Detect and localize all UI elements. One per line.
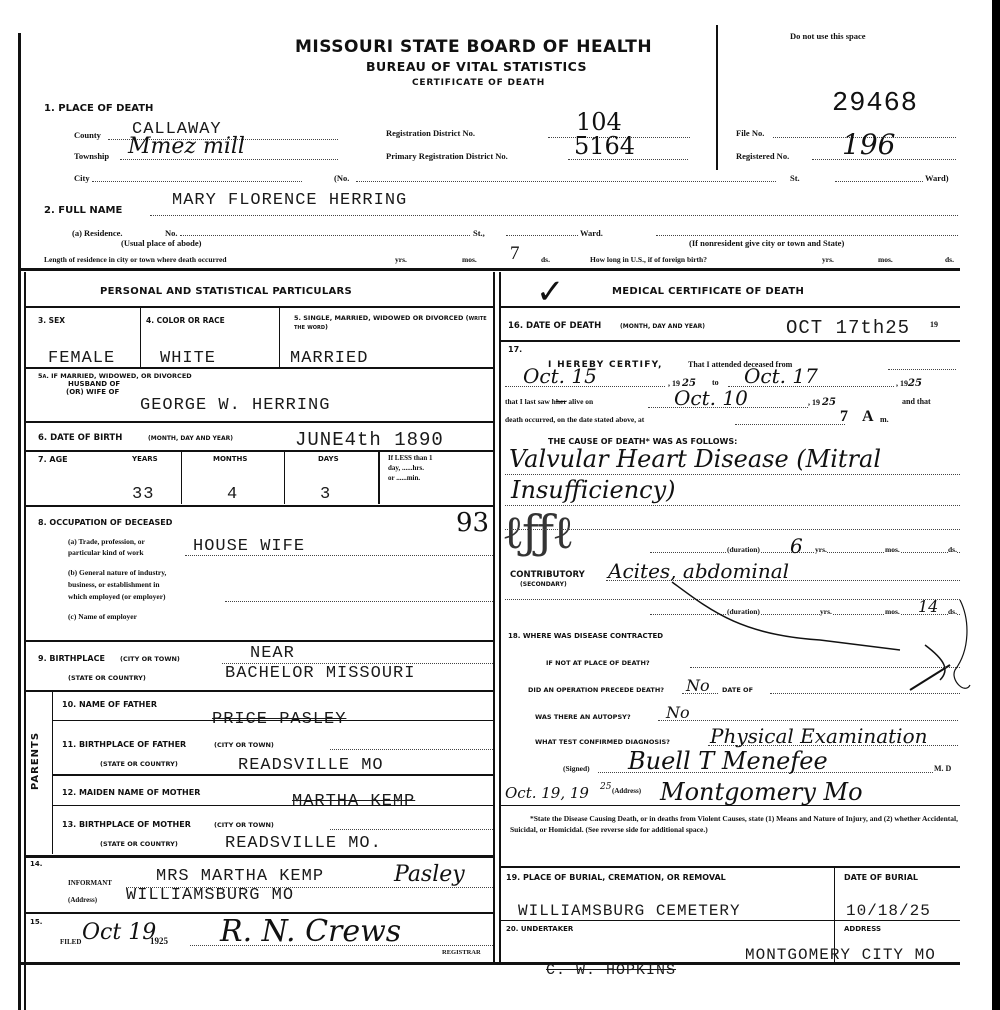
- burial-place-value[interactable]: WILLIAMSBURG CEMETERY: [518, 902, 741, 920]
- birthplace-state-value[interactable]: BACHELOR MISSOURI: [225, 664, 415, 683]
- age-months-value[interactable]: 4: [227, 485, 238, 504]
- burial-date-value[interactable]: 10/18/25: [846, 902, 931, 920]
- where-contracted-label: 18. WHERE WAS DISEASE CONTRACTED: [508, 632, 663, 640]
- race-label: 4. COLOR OR RACE: [146, 316, 225, 325]
- signed-label: (Signed): [563, 764, 590, 773]
- autopsy-field[interactable]: No: [658, 717, 958, 721]
- full-name-label: 2. FULL NAME: [44, 205, 122, 216]
- undertaker-address-label: ADDRESS: [844, 925, 881, 933]
- rule: [26, 306, 493, 308]
- township-value: Mmez mill: [128, 134, 245, 159]
- primary-reg-label: Primary Registration District No.: [386, 151, 508, 161]
- scribble-mark: ℓƒƒℓ: [502, 505, 572, 559]
- physician-address-value[interactable]: Montgomery Mo: [660, 778, 863, 806]
- undertaker-address-value[interactable]: MONTGOMERY CITY MO: [745, 946, 936, 964]
- informant-value: MRS MARTHA KEMP: [156, 867, 324, 886]
- spouse-label-3: (OR) WIFE OF: [66, 388, 119, 396]
- dod-value[interactable]: OCT 17th25: [786, 317, 910, 339]
- father-bp-state-sub: (STATE OR COUNTRY): [100, 760, 178, 768]
- sex-label: 3. SEX: [38, 316, 65, 325]
- pen-stroke-mark: [670, 580, 1000, 700]
- duration-label: (duration): [727, 545, 760, 554]
- time-value[interactable]: 7: [840, 408, 848, 426]
- father-bp-label: 11. BIRTHPLACE OF FATHER: [62, 740, 186, 749]
- contributory-label: CONTRIBUTORY: [510, 570, 585, 580]
- item-17-num: 17.: [508, 345, 522, 354]
- rule: [26, 450, 493, 452]
- physician-address-label: (Address): [612, 787, 641, 795]
- place-of-death-label: 1. PLACE OF DEATH: [44, 103, 153, 114]
- us-yrs-label: yrs.: [822, 255, 834, 264]
- rule: [53, 774, 493, 776]
- operation-date-label: DATE OF: [722, 686, 753, 694]
- residence-st-label: St.,: [473, 228, 485, 238]
- filed-num: 15.: [30, 918, 42, 926]
- spouse-label-2: HUSBAND OF: [68, 380, 120, 388]
- residence-street-field[interactable]: [180, 226, 470, 236]
- occ-a-label-1: (a) Trade, profession, or: [68, 537, 145, 546]
- rule: [26, 855, 493, 858]
- residence-label: (a) Residence.: [72, 228, 123, 238]
- registered-no-label: Registered No.: [736, 151, 789, 161]
- months-label: MONTHS: [213, 455, 247, 463]
- father-bp-city-sub: (CITY OR TOWN): [214, 741, 274, 749]
- days-label: DAYS: [318, 455, 339, 463]
- secondary-label: (SECONDARY): [520, 581, 567, 588]
- last-saw-label: that I last saw hher alive on: [505, 397, 593, 406]
- rule: [26, 640, 493, 642]
- operation-field[interactable]: No: [682, 690, 718, 694]
- reg-district-label: Registration District No.: [386, 128, 475, 138]
- md-label: M. D: [934, 764, 951, 773]
- signature-field[interactable]: Buell T Menefee: [598, 769, 933, 773]
- registrar-field[interactable]: R. N. Crews: [190, 940, 493, 946]
- rule: [26, 367, 493, 369]
- father-bp-value[interactable]: READSVILLE MO: [238, 756, 384, 775]
- rule: [501, 306, 960, 308]
- footnote: *State the Disease Causing Death, or in …: [510, 813, 960, 835]
- form-subsubtitle: CERTIFICATE OF DEATH: [412, 78, 545, 88]
- full-name-field[interactable]: MARY FLORENCE HERRING: [150, 200, 958, 216]
- nonresident-label: (If nonresident give city or town and St…: [689, 238, 844, 248]
- mother-value[interactable]: MARTHA KEMP: [292, 792, 415, 811]
- birthplace-city-field[interactable]: NEAR: [222, 656, 493, 664]
- file-no-label: File No.: [736, 128, 764, 138]
- mother-bp-city-sub: (CITY OR TOWN): [214, 821, 274, 829]
- not-at-place-label: IF NOT AT PLACE OF DEATH?: [546, 659, 650, 667]
- ward-field[interactable]: [835, 170, 923, 182]
- rule: [501, 920, 960, 921]
- header-divider: [716, 25, 718, 170]
- nonresident-field[interactable]: [656, 226, 958, 236]
- operation-value: No: [686, 676, 710, 695]
- medical-heading: MEDICAL CERTIFICATE OF DEATH: [612, 286, 804, 297]
- ampm-value[interactable]: A: [862, 408, 874, 426]
- yrs-label: yrs.: [395, 255, 407, 264]
- last-saw-her: her: [556, 397, 567, 406]
- residence-ward-field[interactable]: [506, 226, 578, 236]
- parents-side-label: PARENTS: [30, 732, 41, 790]
- sign-year[interactable]: 25: [600, 782, 611, 792]
- spouse-value[interactable]: GEORGE W. HERRING: [140, 396, 330, 415]
- attended-to-field[interactable]: Oct. 17: [728, 381, 894, 387]
- occupation-field[interactable]: HOUSE WIFE: [185, 546, 493, 556]
- residence-ward-label: Ward.: [580, 228, 603, 238]
- father-label: 10. NAME OF FATHER: [62, 700, 157, 709]
- rule: [279, 308, 280, 368]
- informant-address-label: (Address): [68, 896, 97, 904]
- mother-bp-city-field[interactable]: [330, 822, 493, 830]
- length-residence-label: Length of residence in city or town wher…: [44, 255, 227, 264]
- city-label: City: [74, 173, 90, 183]
- rule: [140, 308, 141, 368]
- cause-field-line3[interactable]: [505, 526, 960, 530]
- occupation-label: 8. OCCUPATION OF DECEASED: [38, 518, 172, 527]
- autopsy-label: WAS THERE AN AUTOPSY?: [535, 713, 631, 721]
- street-field[interactable]: [356, 170, 776, 182]
- birthplace-label: 9. BIRTHPLACE: [38, 654, 105, 663]
- test-value: Physical Examination: [710, 724, 928, 748]
- year-to-label: , 1925: [896, 378, 922, 389]
- mos-label: mos.: [462, 255, 477, 264]
- sex-value[interactable]: FEMALE: [48, 349, 115, 368]
- informant-value-handwritten: Pasley: [394, 862, 465, 887]
- registrar-label: REGISTRAR: [442, 949, 481, 956]
- time-field[interactable]: [735, 421, 845, 425]
- us-label: How long in U.S., if of foreign birth?: [590, 255, 707, 264]
- occ-b-label-1: (b) General nature of industry,: [68, 568, 166, 577]
- sign-date[interactable]: Oct. 19, 19: [505, 784, 589, 802]
- cause-field-line1[interactable]: Valvular Heart Disease (Mitral: [505, 471, 960, 475]
- operation-date-field[interactable]: [770, 690, 960, 694]
- page-left-border: [18, 33, 21, 1010]
- physician-signature: Buell T Menefee: [628, 747, 828, 775]
- no-label: (No.: [334, 173, 349, 183]
- age-days-value[interactable]: 3: [320, 485, 331, 504]
- marital-label: 5. SINGLE, MARRIED, WIDOWED OR DIVORCED …: [294, 314, 490, 332]
- mother-label: 12. MAIDEN NAME OF MOTHER: [62, 788, 200, 797]
- filed-date[interactable]: Oct 19: [82, 920, 156, 945]
- center-divider-left: [493, 272, 495, 962]
- burial-date-label: DATE OF BURIAL: [844, 873, 918, 882]
- personal-heading: PERSONAL AND STATISTICAL PARTICULARS: [100, 286, 352, 297]
- last-saw-year-value: 25: [822, 397, 836, 408]
- test-field[interactable]: Physical Examination: [708, 742, 958, 746]
- township-field[interactable]: Mmez mill: [120, 146, 338, 160]
- dod-suffix: 19: [930, 320, 938, 329]
- residence-no-label: No.: [165, 228, 178, 238]
- registrar-signature: R. N. Crews: [220, 914, 401, 949]
- margin-note: 93: [456, 508, 489, 538]
- dob-label: 6. DATE OF BIRTH: [38, 433, 122, 443]
- rule: [53, 805, 493, 806]
- center-divider-right: [499, 272, 501, 962]
- rule: [26, 690, 493, 692]
- years-label: YEARS: [132, 455, 158, 463]
- attended-from-field[interactable]: Oct. 15: [505, 381, 665, 387]
- rule: [501, 340, 960, 342]
- undertaker-label: 20. UNDERTAKER: [506, 925, 573, 933]
- age-years-value[interactable]: 33: [132, 485, 154, 504]
- rule: [888, 366, 956, 370]
- burial-place-label: 19. PLACE OF BURIAL, CREMATION, OR REMOV…: [506, 873, 726, 882]
- occurred-label: death occurred, on the date stated above…: [505, 415, 644, 424]
- mother-bp-value[interactable]: READSVILLE MO.: [225, 834, 382, 853]
- last-saw-year: , 19 25: [808, 397, 836, 408]
- county-label: County: [74, 130, 101, 140]
- cause-field-line2[interactable]: Insufficiency): [505, 502, 960, 506]
- township-label: Township: [74, 151, 109, 161]
- registered-no-field[interactable]: 196: [812, 146, 956, 160]
- rule: [26, 505, 493, 507]
- occ-a-label-2: particular kind of work: [68, 548, 144, 557]
- less-label-2: day, ......hrs.: [388, 463, 433, 473]
- primary-reg-value: 5164: [574, 132, 635, 160]
- rule: [501, 805, 960, 806]
- mother-bp-label: 13. BIRTHPLACE OF MOTHER: [62, 820, 191, 829]
- form-subtitle: BUREAU OF VITAL STATISTICS: [366, 59, 587, 74]
- occupation-value: HOUSE WIFE: [193, 537, 305, 556]
- less-label-3: or ......min.: [388, 473, 433, 483]
- cause-line1-value: Valvular Heart Disease (Mitral: [509, 445, 881, 473]
- usual-abode-label: (Usual place of abode): [121, 238, 202, 248]
- us-ds-label: ds.: [945, 255, 954, 264]
- and-that-label: and that: [902, 397, 931, 406]
- informant-num: 14.: [30, 860, 42, 868]
- city-field[interactable]: [92, 170, 302, 182]
- rule: [501, 866, 960, 868]
- less-label-1: If LESS than 1: [388, 453, 433, 463]
- industry-field[interactable]: [225, 594, 493, 602]
- alive-on-label: alive on: [568, 397, 593, 406]
- spouse-label-1: 5a. IF MARRIED, WIDOWED, OR DIVORCED: [38, 372, 192, 380]
- rule: [181, 452, 182, 504]
- birthplace-city-value: NEAR: [250, 644, 295, 663]
- filed-label: FILED: [60, 938, 81, 946]
- dob-sub-label: (MONTH, DAY AND YEAR): [148, 435, 233, 442]
- birthplace-state-sub: (STATE OR COUNTRY): [68, 674, 146, 682]
- m-label: m.: [880, 415, 889, 424]
- residence-days-value[interactable]: 7: [510, 243, 520, 265]
- last-saw-date-value: Oct. 10: [674, 386, 748, 410]
- undertaker-value[interactable]: C. W. HOPKINS: [546, 962, 676, 979]
- father-bp-city-field[interactable]: [330, 742, 493, 750]
- full-name-value: MARY FLORENCE HERRING: [172, 191, 407, 210]
- reserved-note: Do not use this space: [790, 31, 866, 41]
- rule: [26, 421, 493, 423]
- dob-value[interactable]: JUNE4th 1890: [295, 429, 444, 451]
- less-than-label: If LESS than 1 day, ......hrs. or ......…: [388, 453, 433, 483]
- rule: [378, 452, 380, 504]
- informant-label: INFORMANT: [68, 879, 112, 887]
- last-saw-date-field[interactable]: Oct. 10: [648, 402, 808, 408]
- dod-sub-label: (MONTH, DAY AND YEAR): [620, 323, 705, 330]
- duration-ds-label: ds.: [948, 545, 957, 554]
- st-label: St.: [790, 173, 800, 183]
- autopsy-value: No: [666, 703, 690, 722]
- filed-year: 1925: [150, 936, 168, 946]
- scan-right-edge: [992, 0, 1000, 1010]
- rule: [53, 720, 493, 721]
- race-value[interactable]: WHITE: [160, 349, 216, 368]
- attended-from-value: Oct. 15: [523, 364, 597, 388]
- duration-mos-label: mos.: [885, 545, 900, 554]
- marital-value[interactable]: MARRIED: [290, 349, 368, 368]
- form-title: MISSOURI STATE BOARD OF HEALTH: [295, 37, 652, 57]
- informant-address-value[interactable]: WILLIAMSBURG MO: [126, 886, 294, 905]
- us-mos-label: mos.: [878, 255, 893, 264]
- test-label: WHAT TEST CONFIRMED DIAGNOSIS?: [535, 738, 670, 746]
- parents-divider: [52, 692, 53, 854]
- birthplace-city-sub: (CITY OR TOWN): [120, 655, 180, 663]
- duration-field[interactable]: [650, 549, 960, 553]
- occ-c-label: (c) Name of employer: [68, 612, 137, 621]
- where-contracted-field[interactable]: [690, 664, 960, 668]
- occ-b-label-2: business, or establishment in: [68, 580, 160, 589]
- year-to-value: 25: [908, 378, 922, 389]
- registered-no-value: 196: [842, 128, 895, 161]
- dod-label: 16. DATE OF DEATH: [508, 321, 601, 331]
- last-saw-text: that I last saw h: [505, 397, 556, 406]
- rule: [284, 452, 285, 504]
- stamp-number: 29468: [832, 89, 918, 119]
- duration-yrs-label: yrs.: [815, 545, 827, 554]
- occ-b-label-3: which employed (or employer): [68, 592, 166, 601]
- primary-reg-field[interactable]: 5164: [568, 146, 688, 160]
- attended-to-value: Oct. 17: [744, 364, 818, 388]
- ward-label: Ward): [925, 173, 949, 183]
- duration-yrs-value[interactable]: 6: [790, 534, 803, 558]
- age-label: 7. AGE: [38, 455, 68, 464]
- cause-line2-value: Insufficiency): [511, 476, 676, 504]
- operation-label: DID AN OPERATION PRECEDE DEATH?: [528, 686, 664, 694]
- ds-label: ds.: [541, 255, 550, 264]
- mother-bp-state-sub: (STATE OR COUNTRY): [100, 840, 178, 848]
- section-rule: [20, 268, 960, 271]
